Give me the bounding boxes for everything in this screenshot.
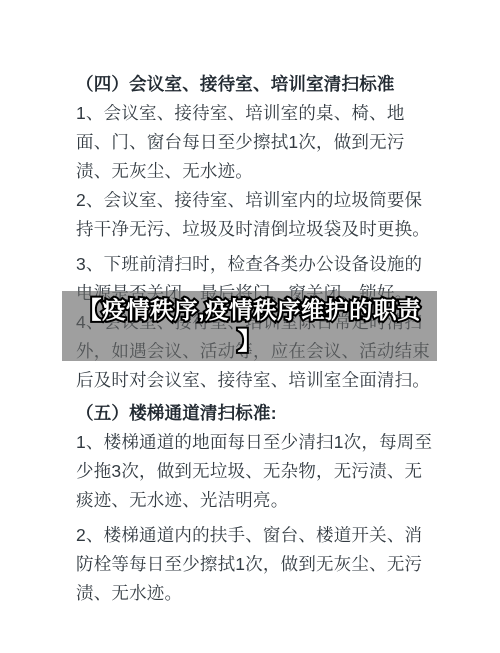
section-heading-5: （五）楼梯通道清扫标准: [76, 399, 440, 428]
text-line: 少拖3次，做到无垃圾、无杂物，无污渍、无 [76, 457, 440, 486]
text-line: 2、会议室、接待室、培训室内的垃圾筒要保 [76, 186, 440, 215]
text-line: 面、门、窗台每日至少擦拭1次，做到无污 [76, 128, 440, 157]
paragraph-stairs-2: 2、楼梯通道内的扶手、窗台、楼道开关、消 防栓等每日至少擦拭1次，做到无灰尘、无… [76, 521, 440, 608]
watermark-title-closing-bracket: 】 [238, 326, 262, 357]
text-line: 后及时对会议室、接待室、培训室全面清扫。 [76, 366, 440, 395]
paragraph-meeting-1: 1、会议室、接待室、培训室的桌、椅、地 面、门、窗台每日至少擦拭1次，做到无污 … [76, 99, 440, 186]
text-line: 渍、无灰尘、无水迹。 [76, 157, 440, 186]
watermark-overlay-band: 【疫情秩序,疫情秩序维护的职责 】 [62, 291, 437, 361]
paragraph-meeting-2: 2、会议室、接待室、培训室内的垃圾筒要保 持干净无污、垃圾及时清倒垃圾袋及时更换… [76, 186, 440, 244]
section-heading-4: （四）会议室、接待室、培训室清扫标准 [76, 70, 440, 99]
text-line: 痰迹、无水迹、光洁明亮。 [76, 486, 440, 515]
article-page: （四）会议室、接待室、培训室清扫标准 1、会议室、接待室、培训室的桌、椅、地 面… [0, 0, 500, 653]
text-line: 1、楼梯通道的地面每日至少清扫1次，每周至 [76, 428, 440, 457]
text-line: 2、楼梯通道内的扶手、窗台、楼道开关、消 [76, 521, 440, 550]
text-line: 3、下班前清扫时，检查各类办公设备设施的 [76, 250, 440, 279]
text-line: 持干净无污、垃圾及时清倒垃圾袋及时更换。 [76, 215, 440, 244]
text-line: 防栓等每日至少擦拭1次，做到无灰尘、无污 [76, 550, 440, 579]
text-line: 渍、无水迹。 [76, 579, 440, 608]
paragraph-stairs-1: 1、楼梯通道的地面每日至少清扫1次，每周至 少拖3次，做到无垃圾、无杂物，无污渍… [76, 428, 440, 515]
watermark-title: 【疫情秩序,疫情秩序维护的职责 [78, 295, 421, 326]
text-line: 1、会议室、接待室、培训室的桌、椅、地 [76, 99, 440, 128]
